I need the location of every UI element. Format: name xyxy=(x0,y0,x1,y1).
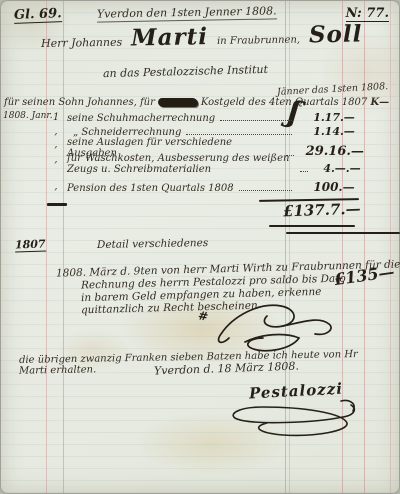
detail-note: Detail verschiedenes xyxy=(97,238,208,251)
footer-line: Marti erhalten. xyxy=(19,364,96,376)
debtor-title: Herr Johannes xyxy=(41,37,122,51)
ledger-reference: Gl. 69. xyxy=(14,7,62,24)
day-mark: , xyxy=(49,126,63,137)
receipt-signature-flourish xyxy=(211,298,341,356)
day-mark: , xyxy=(49,181,63,192)
item-description: Pension des 1sten Quartals 1808 xyxy=(67,183,234,194)
dotted-leader xyxy=(186,134,292,135)
debtor-name: Marti xyxy=(131,24,208,51)
dotted-leader xyxy=(239,190,292,191)
intro-text-post: Kostgeld des 4ten Quartals 1807 xyxy=(201,97,367,108)
day-mark: , xyxy=(49,139,63,150)
column-rule xyxy=(390,1,391,493)
debtor-line: Herr Johannes Marti in Fraubrunnen, Soll xyxy=(41,21,391,52)
item-description: für Waschkosten, Ausbesserung des weißen… xyxy=(67,153,295,175)
item-amount: 100.— xyxy=(297,180,371,194)
ink-blot xyxy=(158,98,198,107)
paper-sheet: Gl. 69. Yverdon den 1sten Jenner 1808. N… xyxy=(1,1,399,493)
debit-word: Soll xyxy=(309,21,363,47)
entry-date: 1808. Janr. xyxy=(3,112,53,122)
ledger-row: Pension des 1sten Quartals 1808 100.— xyxy=(67,180,371,194)
intro-text-pre: für seinen Sohn Johannes, für xyxy=(4,97,155,108)
item-amount: 4.—.— xyxy=(313,162,371,175)
ledger-row: für Waschkosten, Ausbesserung des weißen… xyxy=(67,153,371,175)
dotted-leader xyxy=(220,120,292,121)
dotted-leader xyxy=(300,171,308,172)
column-rule xyxy=(63,1,64,493)
sum-rule xyxy=(286,232,400,234)
item-description: seine Schuhmacherrechnung xyxy=(67,113,215,124)
item-amount: 1.17.— xyxy=(297,111,371,124)
year-label: 1807 xyxy=(15,238,46,252)
intro-currency-mark: K— xyxy=(370,97,389,108)
debtor-place: in Fraubrunnen, xyxy=(217,35,300,47)
signature-flourish xyxy=(223,399,363,459)
document-scan: Gl. 69. Yverdon den 1sten Jenner 1808. N… xyxy=(0,0,400,494)
intro-line: für seinen Sohn Johannes, fürKostgeld de… xyxy=(4,97,389,108)
sum-rule xyxy=(269,225,355,227)
ledger-row: seine Schuhmacherrechnung 1.17.— xyxy=(67,111,371,124)
day-mark: , xyxy=(49,154,63,165)
sum-rule xyxy=(47,203,67,206)
column-rule xyxy=(46,1,47,493)
column-rule xyxy=(364,1,365,493)
day-mark: 1 xyxy=(49,112,63,123)
total-amount: £137.7.— xyxy=(283,201,361,220)
